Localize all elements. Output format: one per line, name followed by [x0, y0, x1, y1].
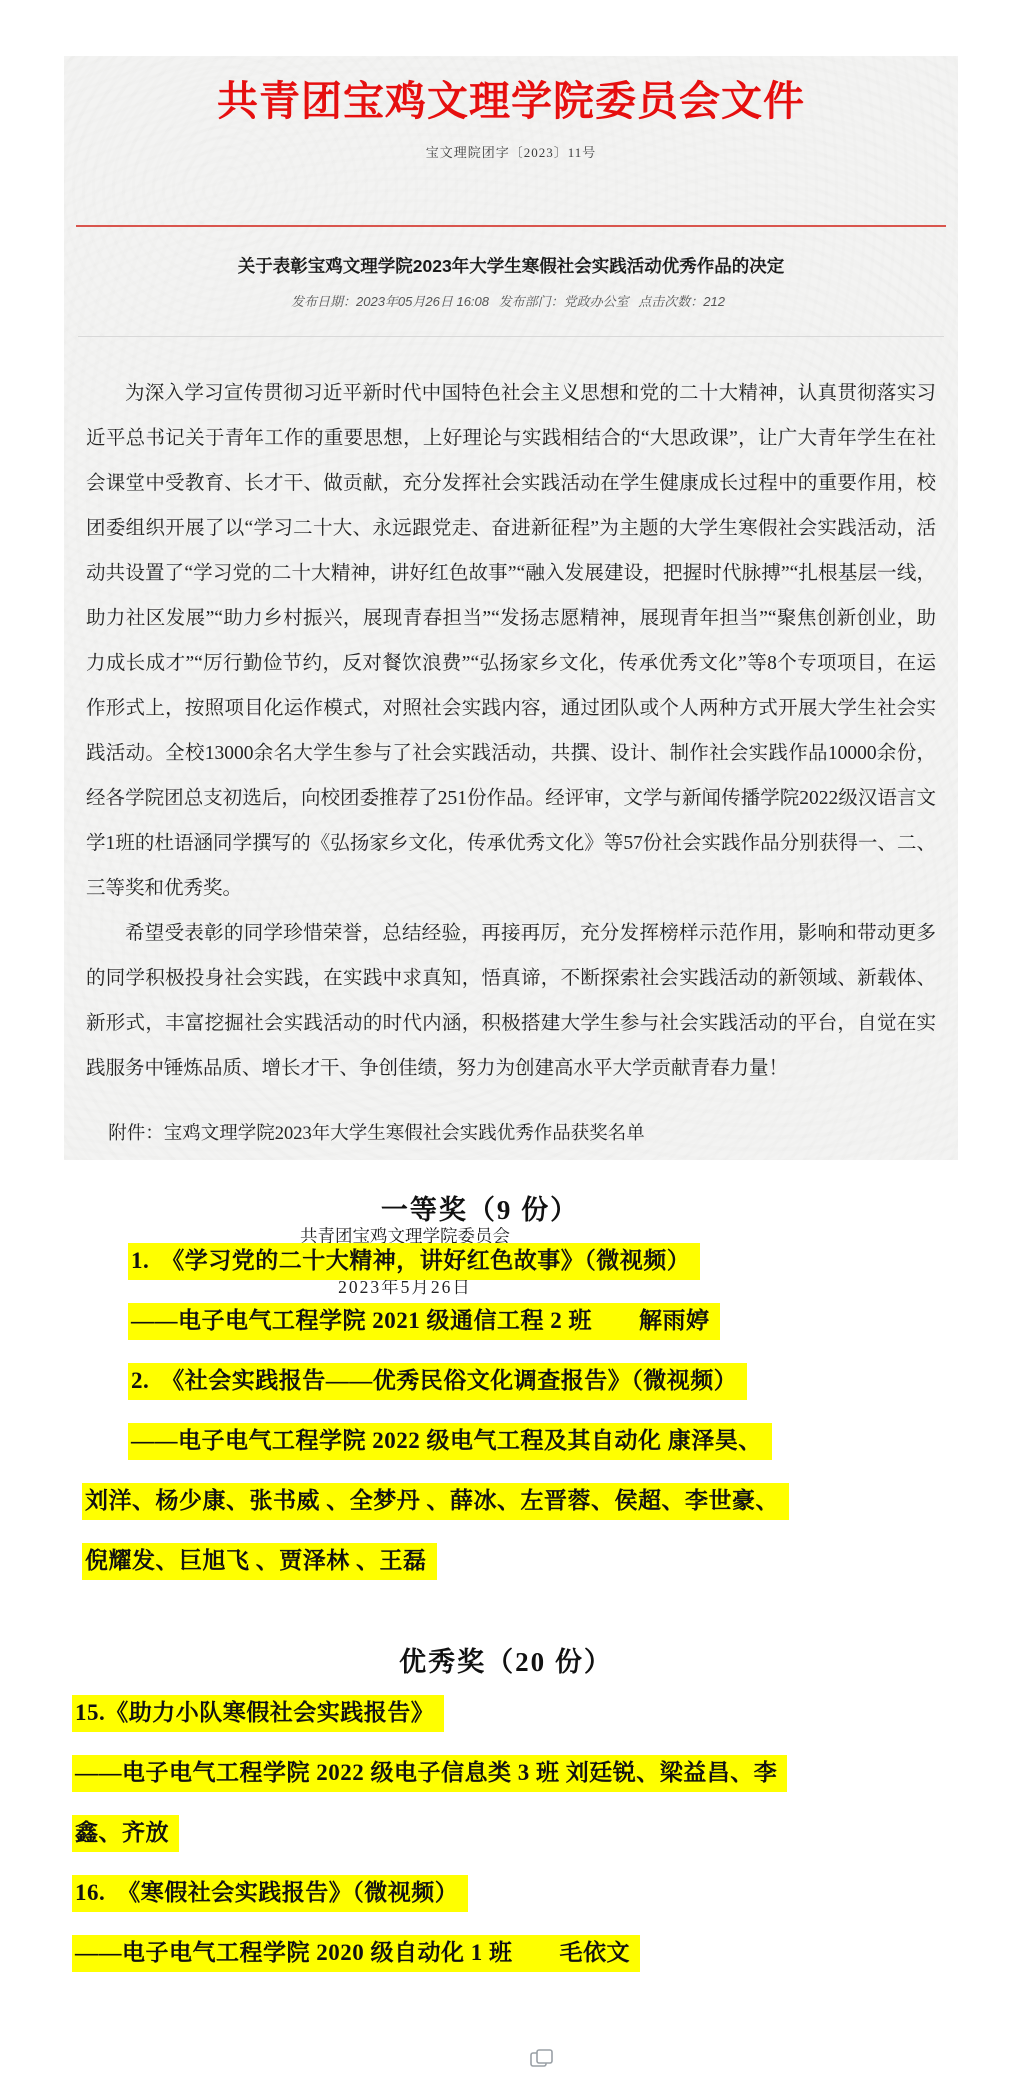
award-item-line: 1. 《学习党的二十大精神，讲好红色故事》（微视频） [128, 1243, 1024, 1280]
award-item-text: 倪耀发、巨旭飞 、贾泽林 、王磊 [82, 1543, 437, 1580]
document-paper: 共青团宝鸡文理学院委员会文件 宝文理院团字〔2023〕11号 关于表彰宝鸡文理学… [64, 56, 958, 1160]
publish-date-label: 发布日期： [291, 294, 356, 309]
pages-icon[interactable] [528, 2048, 556, 2070]
award-item-line: 鑫、齐放 [72, 1815, 1024, 1852]
award-item-text: 16. 《寒假社会实践报告》（微视频） [72, 1875, 468, 1912]
award-item-line: 2. 《社会实践报告——优秀民俗文化调查报告》（微视频） [128, 1363, 1024, 1400]
first-prize-heading: 一等奖（9 份） [0, 1188, 992, 1227]
document-header-title: 共青团宝鸡文理学院委员会文件 [64, 56, 958, 126]
body-paragraph-2: 希望受表彰的同学珍惜荣誉，总结经验，再接再厉，充分发挥榜样示范作用，影响和带动更… [86, 911, 936, 1091]
award-item-line: ——电子电气工程学院 2022 级电子信息类 3 班 刘廷锐、梁益昌、李 [72, 1755, 1024, 1792]
clicks-value: 212 [703, 294, 725, 309]
first-prize-lines: 1. 《学习党的二十大精神，讲好红色故事》（微视频） ——电子电气工程学院 20… [0, 1243, 1024, 1580]
award-item-line: 16. 《寒假社会实践报告》（微视频） [72, 1875, 1024, 1912]
award-item-line: ——电子电气工程学院 2021 级通信工程 2 班 解雨婷 [128, 1303, 1024, 1340]
award-item-text: ——电子电气工程学院 2022 级电子信息类 3 班 刘廷锐、梁益昌、李 [72, 1755, 787, 1792]
publish-date-value: 2023年05月26日 16:08 [356, 294, 489, 309]
excellence-prize-heading: 优秀奖（20 份） [0, 1640, 1018, 1679]
clicks-label: 点击次数： [638, 294, 703, 309]
award-item-text: 2. 《社会实践报告——优秀民俗文化调查报告》（微视频） [128, 1363, 747, 1400]
publish-meta: 发布日期：2023年05月26日 16:08 发布部门：党政办公室 点击次数：2… [64, 291, 958, 310]
award-item-text: ——电子电气工程学院 2021 级通信工程 2 班 解雨婷 [128, 1303, 720, 1340]
award-list-section: 一等奖（9 份） 1. 《学习党的二十大精神，讲好红色故事》（微视频） ——电子… [0, 1160, 1024, 1995]
award-item-text: ——电子电气工程学院 2020 级自动化 1 班 毛依文 [72, 1935, 640, 1972]
attachment-line: 附件：宝鸡文理学院2023年大学生寒假社会实践优秀作品获奖名单 [86, 1119, 936, 1145]
award-item-text: 鑫、齐放 [72, 1815, 179, 1852]
award-item-text: 1. 《学习党的二十大精神，讲好红色故事》（微视频） [128, 1243, 700, 1280]
award-item-line: 15.《助力小队寒假社会实践报告》 [72, 1695, 1024, 1732]
award-item-line: ——电子电气工程学院 2020 级自动化 1 班 毛依文 [72, 1935, 1024, 1972]
department-label: 发布部门： [499, 294, 564, 309]
document-number: 宝文理院团字〔2023〕11号 [64, 142, 958, 161]
award-item-line: ——电子电气工程学院 2022 级电气工程及其自动化 康泽昊、 [128, 1423, 1024, 1460]
award-item-text: ——电子电气工程学院 2022 级电气工程及其自动化 康泽昊、 [128, 1423, 772, 1460]
award-item-text: 刘洋、杨少康、张书威 、全梦丹 、薛冰、左晋蓉、侯超、李世豪、 [82, 1483, 789, 1520]
award-item-line: 倪耀发、巨旭飞 、贾泽林 、王磊 [82, 1543, 1024, 1580]
red-divider-line [76, 225, 946, 227]
meta-divider-line [78, 336, 944, 337]
body-paragraph-1: 为深入学习宣传贯彻习近平新时代中国特色社会主义思想和党的二十大精神，认真贯彻落实… [86, 371, 936, 911]
document-body: 为深入学习宣传贯彻习近平新时代中国特色社会主义思想和党的二十大精神，认真贯彻落实… [86, 371, 936, 1091]
award-item-line: 刘洋、杨少康、张书威 、全梦丹 、薛冰、左晋蓉、侯超、李世豪、 [82, 1483, 1024, 1520]
excellence-prize-lines: 15.《助力小队寒假社会实践报告》 ——电子电气工程学院 2022 级电子信息类… [0, 1695, 1024, 1972]
award-item-text: 15.《助力小队寒假社会实践报告》 [72, 1695, 444, 1732]
department-value: 党政办公室 [564, 294, 629, 309]
announcement-title: 关于表彰宝鸡文理学院2023年大学生寒假社会实践活动优秀作品的决定 [64, 253, 958, 278]
